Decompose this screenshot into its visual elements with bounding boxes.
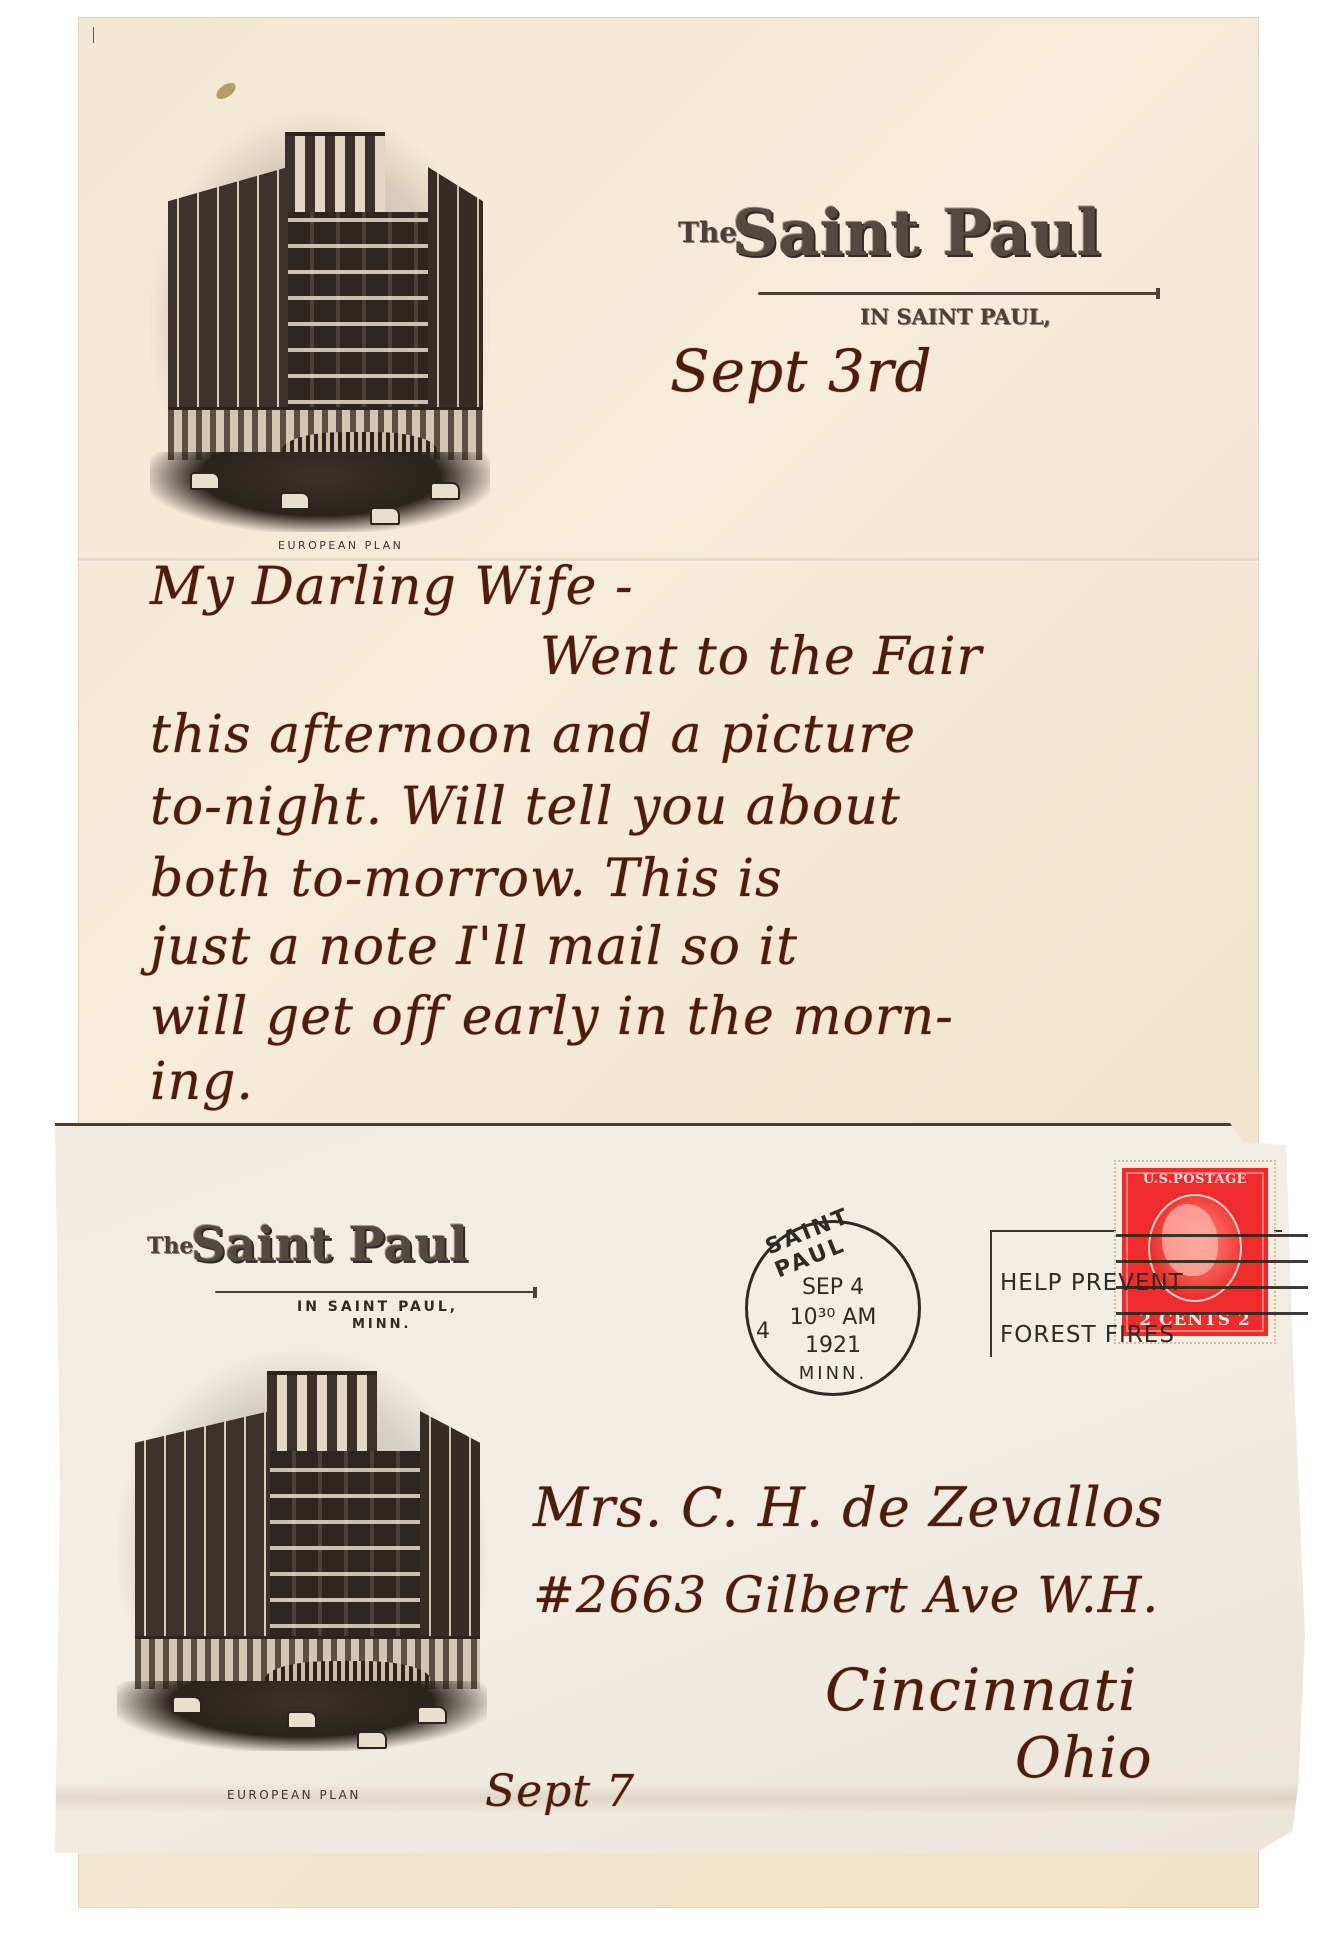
masthead-subtitle: IN SAINT PAUL, (860, 304, 1051, 329)
cancel-bar (1116, 1260, 1308, 1263)
cancel-bar (1116, 1312, 1308, 1315)
letter-line-3: to-night. Will tell you about (150, 777, 901, 837)
masthead-name: Saint Paul (732, 196, 1101, 271)
corner-mark (93, 27, 94, 43)
car (430, 482, 460, 500)
letter-line-5: just a note I'll mail so it (150, 917, 798, 977)
car (370, 507, 400, 525)
car (172, 1696, 202, 1714)
cancel-bar (1116, 1234, 1308, 1237)
letter-line-1: Went to the Fair (540, 627, 982, 687)
masthead-name: Saint Paul (191, 1217, 468, 1273)
postmark-year: 1921 (748, 1333, 918, 1358)
address-street: #2663 Gilbert Ave W.H. (533, 1566, 1159, 1624)
cancel-line-1: HELP PREVENT (1000, 1270, 1184, 1296)
car (357, 1731, 387, 1749)
postmark-state: MINN. (748, 1363, 918, 1384)
letter-salutation: My Darling Wife - (150, 557, 634, 617)
envelope-note: Sept 7 (485, 1766, 635, 1817)
letter-line-4: both to-morrow. This is (150, 849, 783, 909)
masthead-rule (215, 1291, 535, 1293)
masthead-rule (758, 292, 1158, 295)
letter-line-6: will get off early in the morn- (150, 987, 954, 1047)
car (417, 1706, 447, 1724)
postmark-date: SEP 4 (748, 1275, 918, 1300)
address-state: Ohio (1015, 1726, 1153, 1791)
address-city: Cincinnati (825, 1656, 1137, 1724)
engraving-caption: EUROPEAN PLAN (227, 1788, 361, 1802)
letter-line-7: ing. (150, 1052, 254, 1112)
postage-stamp: U.S.POSTAGE 2 CENTS 2 (1116, 1162, 1274, 1342)
masthead-subtitle-state: MINN. (352, 1317, 411, 1332)
car (287, 1711, 317, 1729)
hotel-masthead: The Saint Paul IN SAINT PAUL, (678, 202, 1178, 332)
paper-stain (214, 80, 239, 102)
hotel-engraving (150, 112, 490, 532)
postmark: SAINT PAUL SEP 4 10³⁰ AM 4 1921 MINN. (745, 1220, 921, 1396)
building-illustration (150, 112, 490, 532)
building-illustration (117, 1351, 487, 1751)
envelope-masthead: The Saint Paul IN SAINT PAUL, MINN. (147, 1221, 567, 1331)
masthead-the: The (678, 216, 737, 249)
letter-date: Sept 3rd (670, 337, 933, 405)
stamp-top-text: U.S.POSTAGE (1122, 1172, 1268, 1187)
car (280, 492, 310, 510)
letter-line-2: this afternoon and a picture (150, 705, 916, 765)
car (190, 472, 220, 490)
envelope-hotel-engraving (117, 1351, 487, 1751)
masthead-subtitle: IN SAINT PAUL, (297, 1299, 458, 1315)
address-name: Mrs. C. H. de Zevallos (533, 1476, 1164, 1539)
postmark-time: 10³⁰ AM (748, 1305, 918, 1330)
masthead-the: The (147, 1233, 193, 1259)
engraving-caption: EUROPEAN PLAN (278, 539, 403, 552)
cancel-line-2: FOREST FIRES (1000, 1322, 1175, 1348)
